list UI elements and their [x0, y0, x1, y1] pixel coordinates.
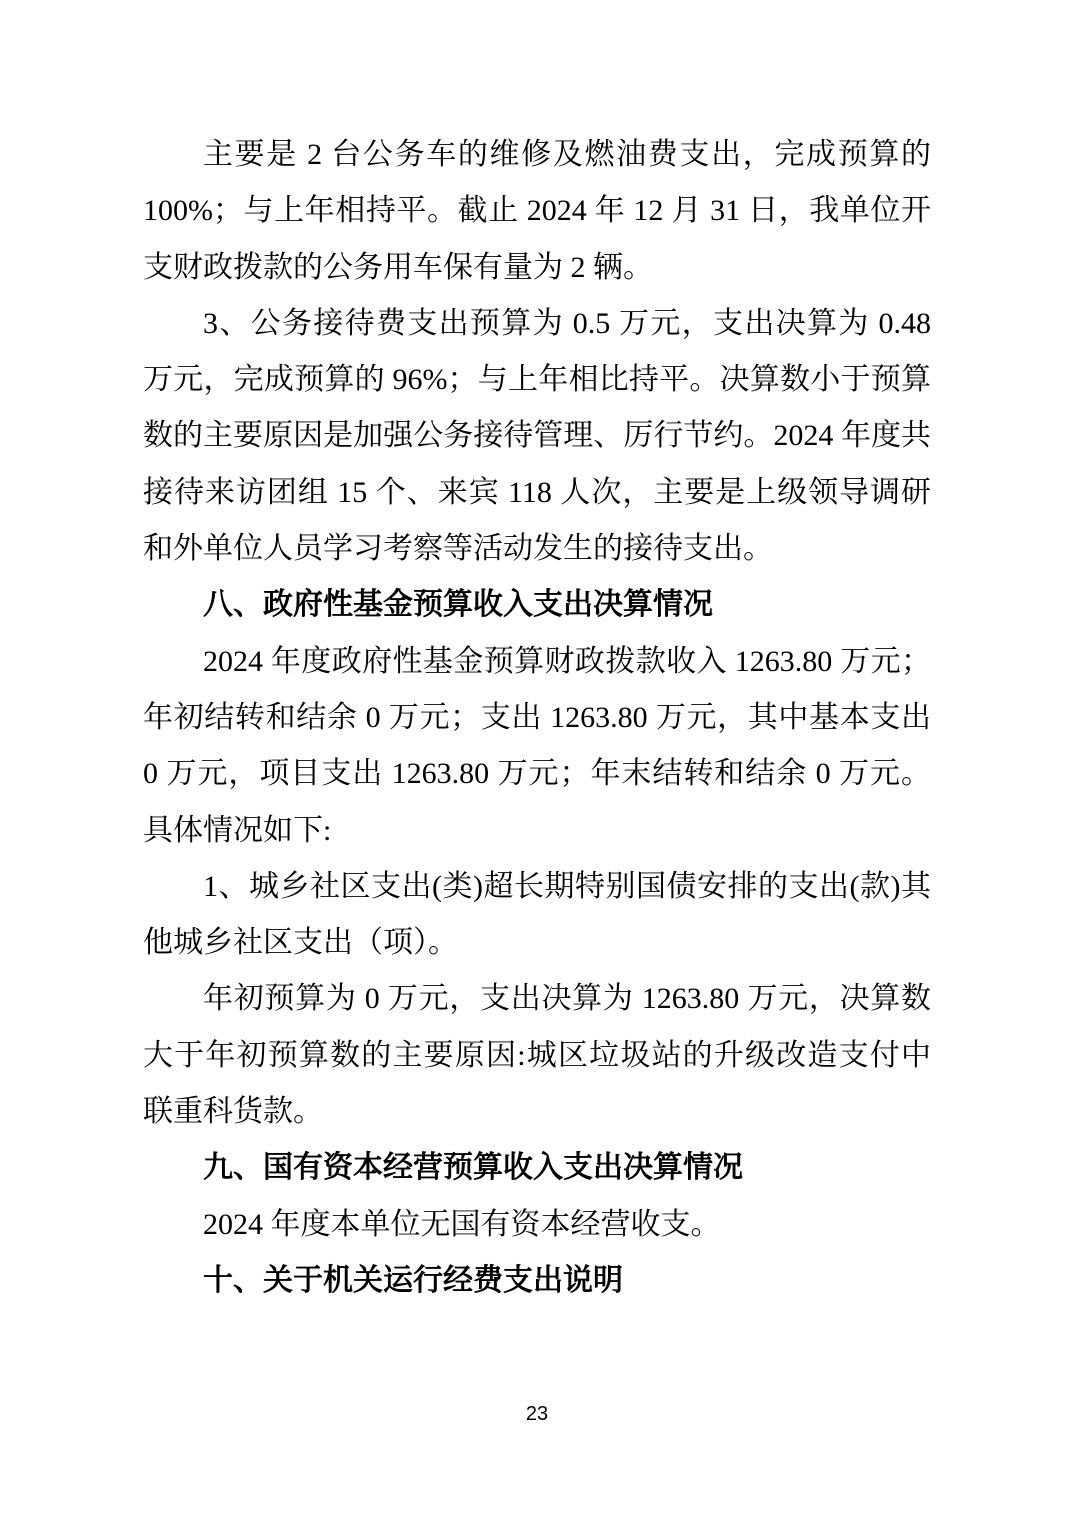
paragraph-official-reception: 3、公务接待费支出预算为 0.5 万元，支出决算为 0.48 万元，完成预算的 … [143, 296, 931, 577]
heading-section-nine-state-capital-budget: 九、国有资本经营预算收入支出决算情况 [143, 1140, 931, 1196]
document-page: 主要是 2 台公务车的维修及燃油费支出，完成预算的 100%；与上年相持平。截止… [143, 127, 931, 1309]
heading-section-ten-agency-operating-costs: 十、关于机关运行经费支出说明 [143, 1253, 931, 1309]
page-number: 23 [0, 1400, 1074, 1428]
paragraph-urban-community-expenditure: 1、城乡社区支出(类)超长期特别国债安排的支出(款)其他城乡社区支出（项）。 [143, 859, 931, 972]
paragraph-vehicle-maintenance: 主要是 2 台公务车的维修及燃油费支出，完成预算的 100%；与上年相持平。截止… [143, 127, 931, 296]
paragraph-gov-fund-overview: 2024 年度政府性基金预算财政拨款收入 1263.80 万元；年初结转和结余 … [143, 634, 931, 859]
paragraph-budget-variance-reason: 年初预算为 0 万元，支出决算为 1263.80 万元，决算数大于年初预算数的主… [143, 971, 931, 1140]
paragraph-state-capital-statement: 2024 年度本单位无国有资本经营收支。 [143, 1197, 931, 1253]
heading-section-eight-gov-fund-budget: 八、政府性基金预算收入支出决算情况 [143, 577, 931, 633]
